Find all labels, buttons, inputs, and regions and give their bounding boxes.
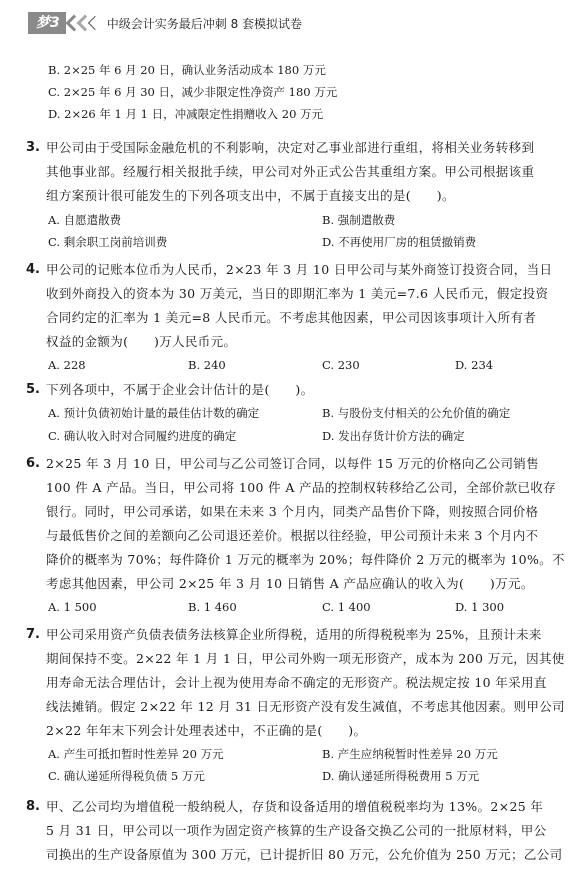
question-stem: 组方案预计很可能发生的下列各项支出中，不属于直接支出的是( )。 (46, 188, 455, 204)
question-stem: 司换出的生产设备原值为 300 万元，已计提折旧 80 万元，公允价值为 250… (46, 847, 562, 863)
question-stem: 银行。同时，甲公司承诺，如果在未来 3 个月内，同类产品售价下降，则按照合同价格 (46, 504, 538, 520)
option-a: A. 产生可抵扣暂时性差异 20 万元 (48, 746, 224, 762)
question-stem: 考虑其他因素，甲公司 2×25 年 3 月 10 日销售 A 产品应确认的收入为… (46, 576, 534, 592)
question-number: 6. (26, 456, 40, 472)
option-c: C. 确认收入时对合同履约进度的确定 (48, 428, 236, 444)
question-stem: 100 件 A 产品。当日，甲公司将 100 件 A 产品的控制权转移给乙公司，… (46, 480, 556, 496)
question-stem: 期间保持不变。2×22 年 1 月 1 日，甲公司外购一项无形资产，成本为 20… (46, 651, 565, 667)
question-stem: 2×22 年年末下列会计处理表述中，不正确的是( )。 (46, 723, 366, 739)
question-stem: 甲公司的记账本位币为人民币，2×23 年 3 月 10 日甲公司与某外商签订投资… (46, 262, 552, 278)
question-stem: 与最低售价之间的差额向乙公司退还差价。根据以往经验，甲公司预计未来 3 个月内不 (46, 528, 538, 544)
question-stem: 线法摊销。假定 2×22 年 12 月 31 日无形资产没有发生减值，不考虑其他… (46, 699, 565, 715)
question-number: 4. (26, 262, 40, 278)
book-title: 中级会计实务最后冲刺 8 套模拟试卷 (107, 15, 302, 32)
option-b: B. 1 460 (188, 599, 237, 615)
question-stem: 甲、乙公司均为增值税一般纳税人，存货和设备适用的增值税税率均为 13%。2×25… (46, 799, 543, 815)
option-a: A. 自愿遣散费 (48, 212, 121, 228)
option-c: C. 1 400 (322, 599, 371, 615)
option-c: C. 确认递延所得税负债 5 万元 (48, 768, 205, 784)
question-stem: 甲公司采用资产负债表债务法核算企业所得税，适用的所得税税率为 25%，且预计未来 (46, 627, 542, 643)
question-stem: 降价的概率为 70%；每件降价 1 万元的概率为 20%；每件降价 2 万元的概… (46, 552, 565, 568)
option-c: C. 2×25 年 6 月 30 日，减少非限定性净资产 180 万元 (48, 84, 337, 100)
option-a: A. 预计负债初始计量的最佳估计数的确定 (48, 405, 259, 421)
option-c: C. 剩余职工岗前培训费 (48, 234, 167, 250)
question-stem: 用寿命无法合理估计，会计上视为使用寿命不确定的无形资产。税法规定按 10 年采用… (46, 675, 547, 691)
question-number: 8. (26, 799, 40, 815)
option-d: D. 2×26 年 1 月 1 日，冲减限定性捐赠收入 20 万元 (48, 106, 323, 122)
question-stem: 收到外商投入的资本为 30 万美元，当日的即期汇率为 1 美元=7.6 人民币元… (46, 286, 548, 302)
option-b: B. 2×25 年 6 月 20 日，确认业务活动成本 180 万元 (48, 62, 326, 78)
option-d: D. 确认递延所得税费用 5 万元 (322, 768, 479, 784)
question-stem: 合同约定的汇率为 1 美元=8 人民币元。不考虑其他因素，甲公司因该事项计入所有… (46, 310, 536, 326)
option-d: D. 不再使用厂房的租赁撤销费 (322, 234, 476, 250)
question-stem: 下列各项中，不属于企业会计估计的是( )。 (46, 382, 313, 398)
option-d: D. 1 300 (455, 599, 504, 615)
question-stem: 甲公司由于受国际金融危机的不利影响，决定对乙事业部进行重组，将相关业务转移到 (46, 140, 534, 156)
question-stem: 权益的金额为( )万人民币元。 (46, 334, 236, 350)
option-c: C. 230 (322, 357, 360, 373)
question-number: 5. (26, 382, 40, 398)
option-a: A. 228 (48, 357, 86, 373)
question-stem: 5 月 31 日，甲公司以一项作为固定资产核算的生产设备交换乙公司的一批原材料，… (46, 823, 546, 839)
question-number: 3. (26, 140, 40, 156)
section-badge: 梦3 (28, 12, 66, 34)
option-b: B. 强制遣散费 (322, 212, 395, 228)
question-stem: 其他事业部。经履行相关报批手续，甲公司对外正式公告其重组方案。甲公司根据该重 (46, 164, 534, 180)
question-number: 7. (26, 627, 40, 643)
option-a: A. 1 500 (48, 599, 97, 615)
option-b: B. 与股份支付相关的公允价值的确定 (322, 405, 510, 421)
option-b: B. 产生应纳税暂时性差异 20 万元 (322, 746, 498, 762)
question-stem: 2×25 年 3 月 10 日，甲公司与乙公司签订合同，以每件 15 万元的价格… (46, 456, 539, 472)
option-d: D. 234 (455, 357, 493, 373)
chevrons-icon (68, 12, 99, 34)
option-b: B. 240 (188, 357, 226, 373)
option-d: D. 发出存货计价方法的确定 (322, 428, 465, 444)
page-header: 梦3 中级会计实务最后冲刺 8 套模拟试卷 (28, 12, 302, 34)
